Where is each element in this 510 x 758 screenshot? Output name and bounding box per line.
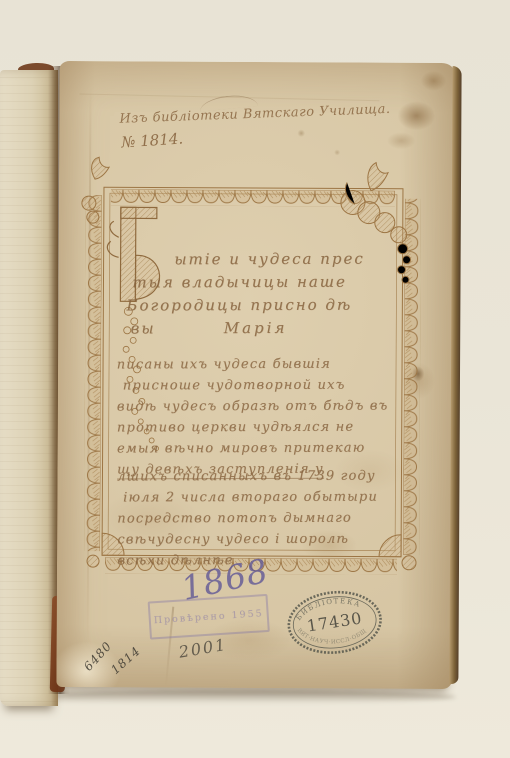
title-line: вы Марія: [117, 317, 395, 341]
oval-stamp-number: 17430: [306, 608, 364, 635]
book-shadow: [4, 690, 456, 704]
photo-backdrop: Изъ библіотеки Вятскаго Училища. № 1814.: [0, 0, 510, 758]
rect-stamp-text: Провѣрено 1955: [153, 608, 264, 626]
body-line: емыя вѣчно мировъ притекаю: [117, 438, 395, 460]
body-paragraph-1: писаны ихъ чудеса бывшія присноше чудотв…: [117, 354, 395, 481]
title-tail: вы: [131, 317, 156, 340]
body-line: посредство потопъ дымнаго: [117, 508, 395, 530]
rectangular-check-stamp: Провѣрено 1955: [148, 594, 270, 640]
manuscript-title-page: Изъ библіотеки Вятскаго Училища. № 1814.: [56, 61, 455, 689]
body-line: свѣчудесну чудесо і шоролѣ: [117, 529, 395, 551]
title-line: ытіе и чудеса прес: [174, 248, 394, 272]
body-line: писаны ихъ чудеса бывшія: [117, 354, 395, 376]
body-line: противо церкви чудѣялся не: [117, 417, 395, 439]
body-line: іюля 2 числа втораго обытыри: [123, 487, 395, 509]
body-line: видѣ чудесъ образѣ отъ бѣдъ въ: [117, 396, 395, 418]
oval-library-stamp: БИБЛІОТЕКА ВЯТ·НАУЧ·ИССЛ·ОБЩ 17430: [280, 582, 388, 663]
body-line: присноше чудотворной ихъ: [123, 375, 395, 397]
title-name: Марія: [117, 317, 395, 341]
title-block: ытіе и чудеса прес тыя владычицы наше Бо…: [116, 248, 394, 341]
body-line: лшихъ списанныхъ въ 1739 году: [117, 466, 395, 488]
title-line: Богородицы присно дѣ: [126, 294, 394, 318]
title-line: тыя владычицы наше: [132, 271, 394, 295]
